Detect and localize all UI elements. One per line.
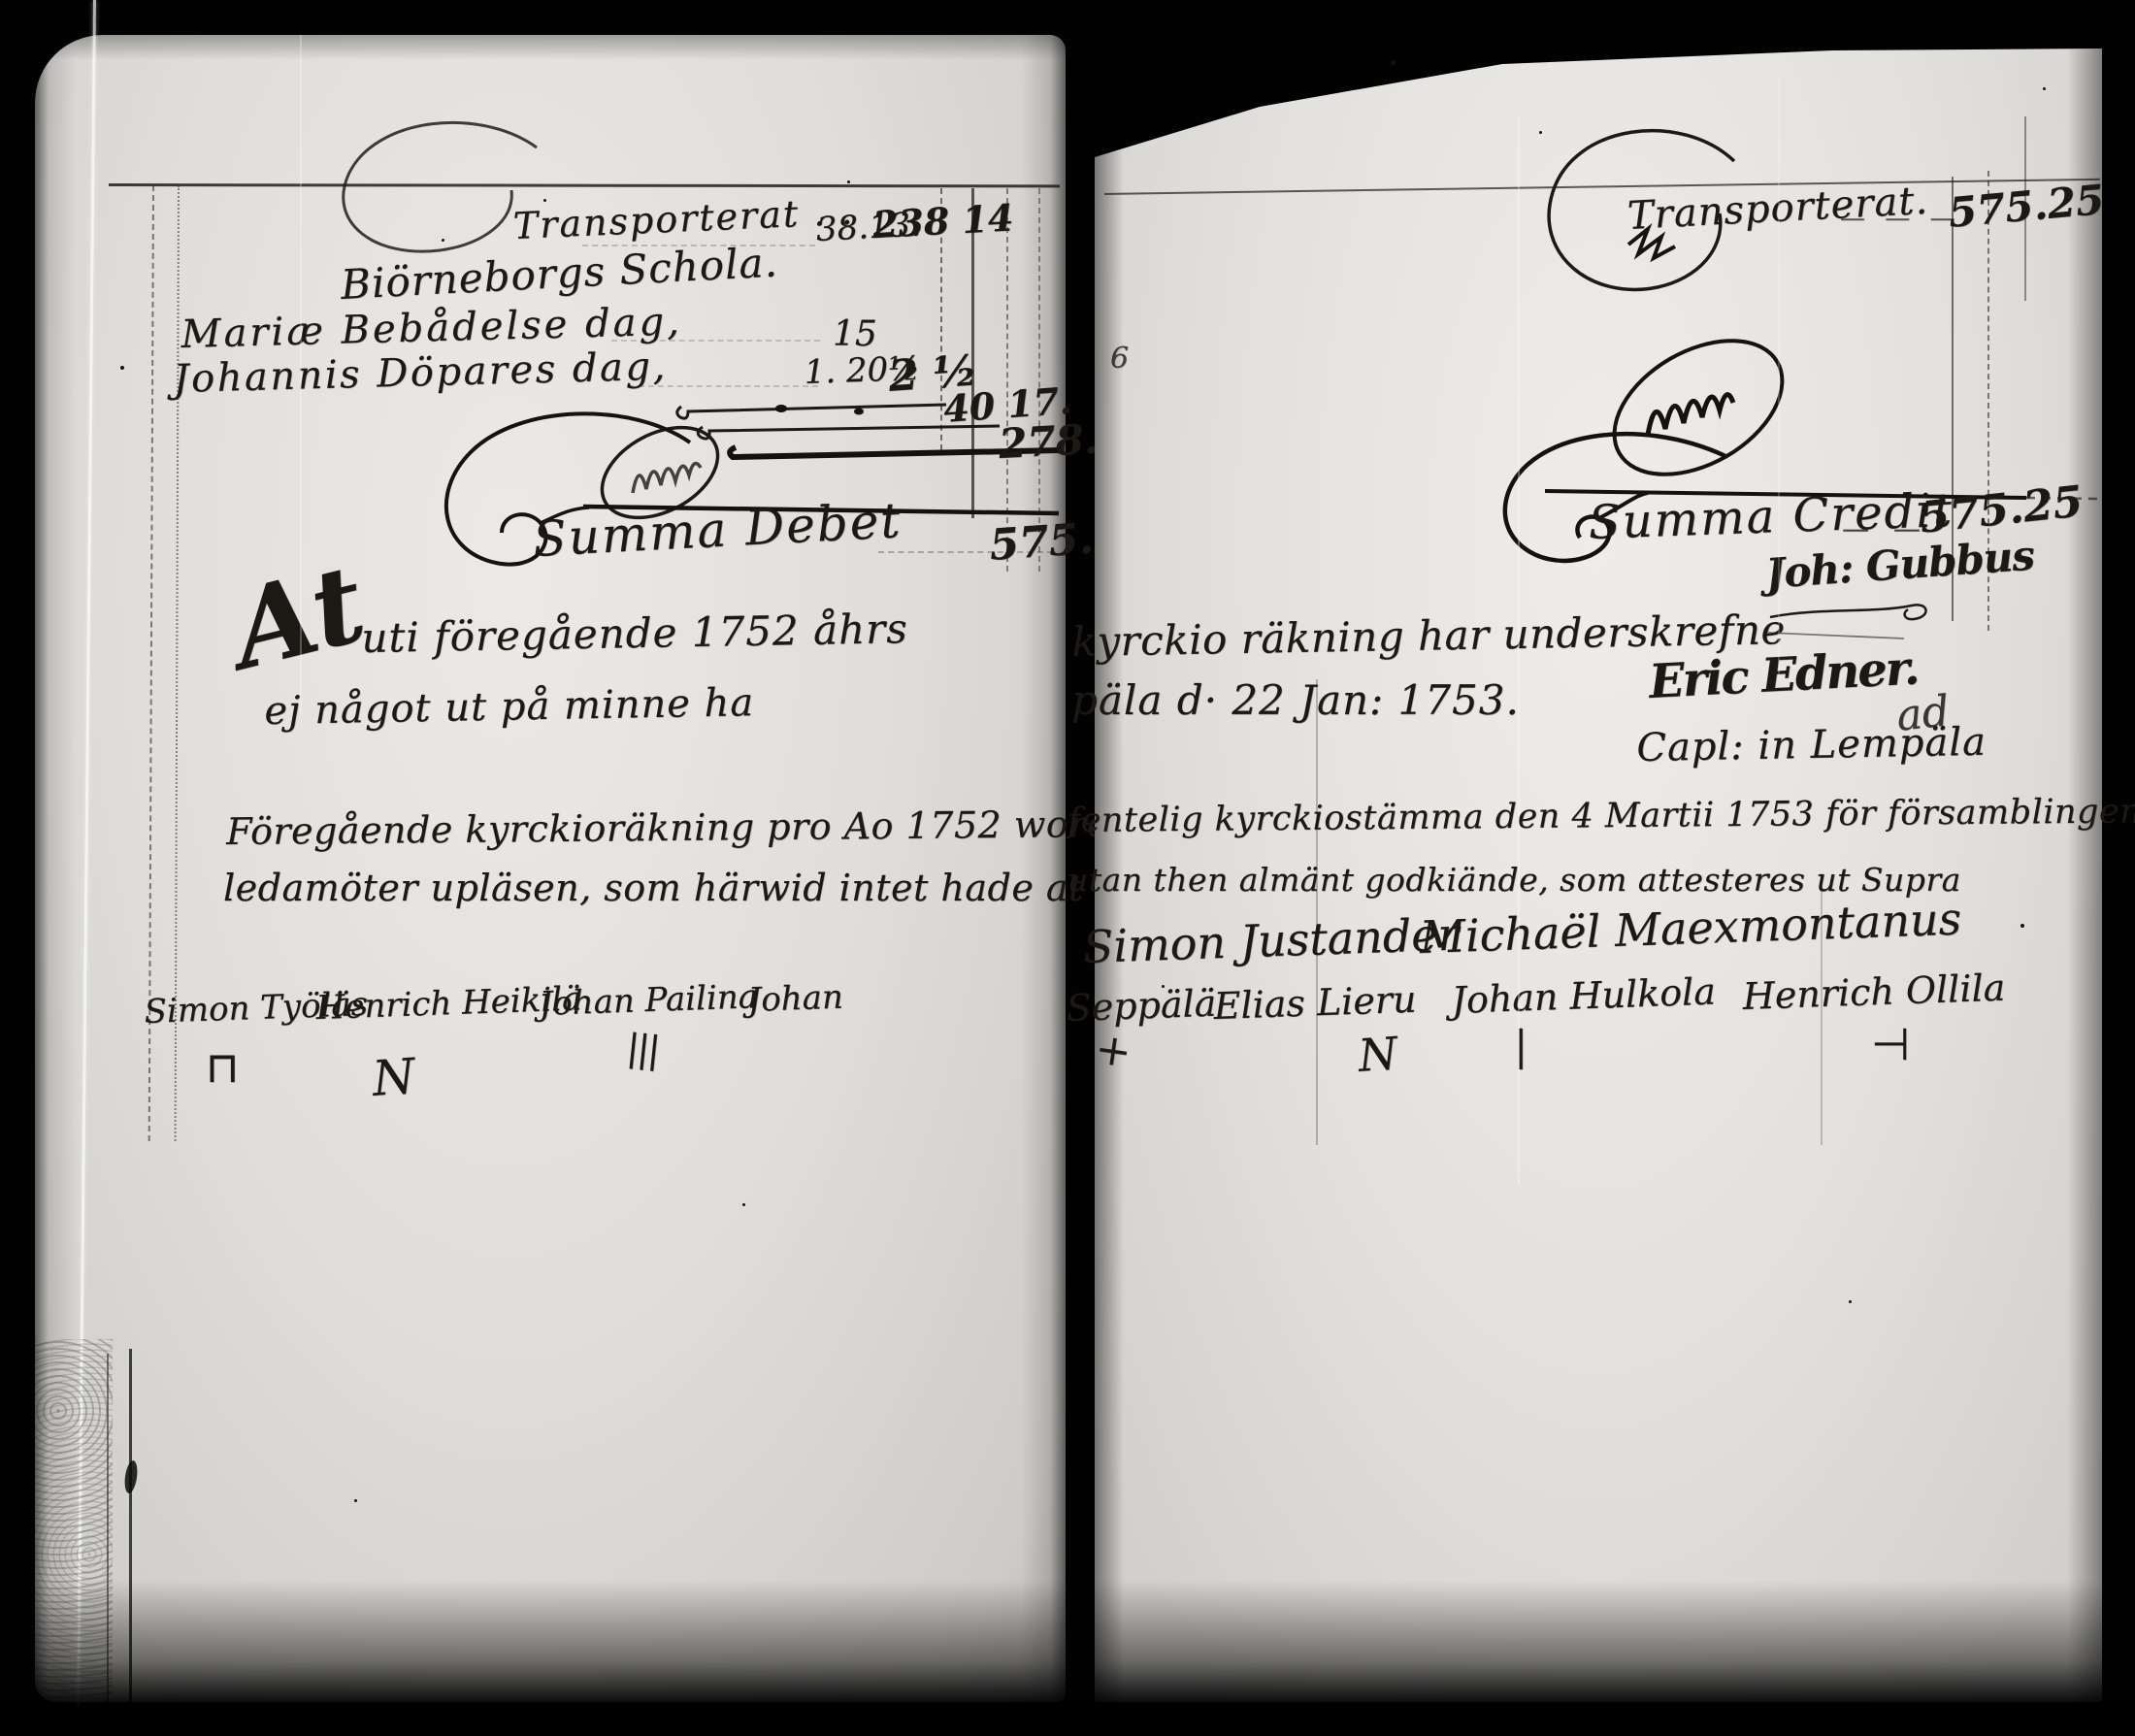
rp-bomark-4: ⊣ [1871,1021,1910,1067]
rp-paragraph2-line1: fentelig kyrckiostämma den 4 Martii 1753… [1067,794,2135,839]
rp-bomark-1: + [1093,1027,1134,1076]
white-crease-3 [1518,116,1520,1184]
rp-attestation-title: Capl: in Lempäla [1636,722,1987,769]
lp-signature-4: Johan [747,981,843,1019]
dark-crease-1 [1316,679,1318,1145]
rp-signature-row2-4: Henrich Ollila [1742,969,2006,1017]
ink-speck-8 [1162,985,1165,988]
lp-paragraph1-line2: ej något ut på minne ha [264,682,754,732]
lp-paragraph1-line1: uti föregående 1752 åhrs [361,607,908,660]
lp-entry-1-amount: 15 [833,316,877,353]
rp-bomark-2: N [1357,1030,1399,1079]
rp-bomark-3: | [1514,1025,1527,1067]
bottom-film-fade [0,1580,2135,1736]
lp-bomark-2: N [371,1051,416,1104]
ink-speck-5 [1391,60,1396,65]
ink-speck-7 [2043,87,2046,90]
rp-summa-dashes: — — [1842,514,1928,542]
ink-speck-12 [1849,1300,1852,1303]
ink-speck-10 [742,1203,745,1206]
ink-speck-9 [2020,924,2024,928]
rp-paragraph1-line2: päla d· 22 Jan: 1753. [1071,679,1520,722]
ink-speck-11 [354,1499,357,1502]
ink-speck-4 [847,180,850,183]
ink-speck-6 [1539,131,1542,134]
lp-signature-3: Johan Pailina [539,980,758,1023]
ink-speck-3 [543,199,546,202]
signoff-underline [1758,588,1953,646]
dark-crease-2 [1821,873,1823,1145]
rp-signature-row1-1: Simon Justander [1082,910,1460,970]
rp-transport-dashes: — — — [1840,206,1961,232]
rp-attestation-name: Eric Edner. [1648,643,1919,706]
rp-paragraph2-line2: utan then almänt godkiände, som attester… [1067,864,1961,898]
microfilm-frame: Transporterat . . 38.13. 238 14 Biörnebo… [0,0,2135,1736]
lp-paragraph1-initial: At [221,547,375,688]
lp-bomark-3: ||| [625,1029,660,1070]
ink-speck-2 [442,239,444,242]
lp-bomark-1: ⊓ [206,1046,239,1091]
ink-speck-1 [120,366,124,370]
lp-transport-amount-2: 238 14 [871,198,1014,244]
rp-signature-row2-3: Johan Hulkola [1451,972,1717,1020]
rp-corner-mark: 6 [1110,344,1129,375]
white-crease-4 [1778,78,1780,679]
white-crease-2 [300,35,302,714]
rp-signature-row2-1: Seppälä [1066,985,1217,1029]
